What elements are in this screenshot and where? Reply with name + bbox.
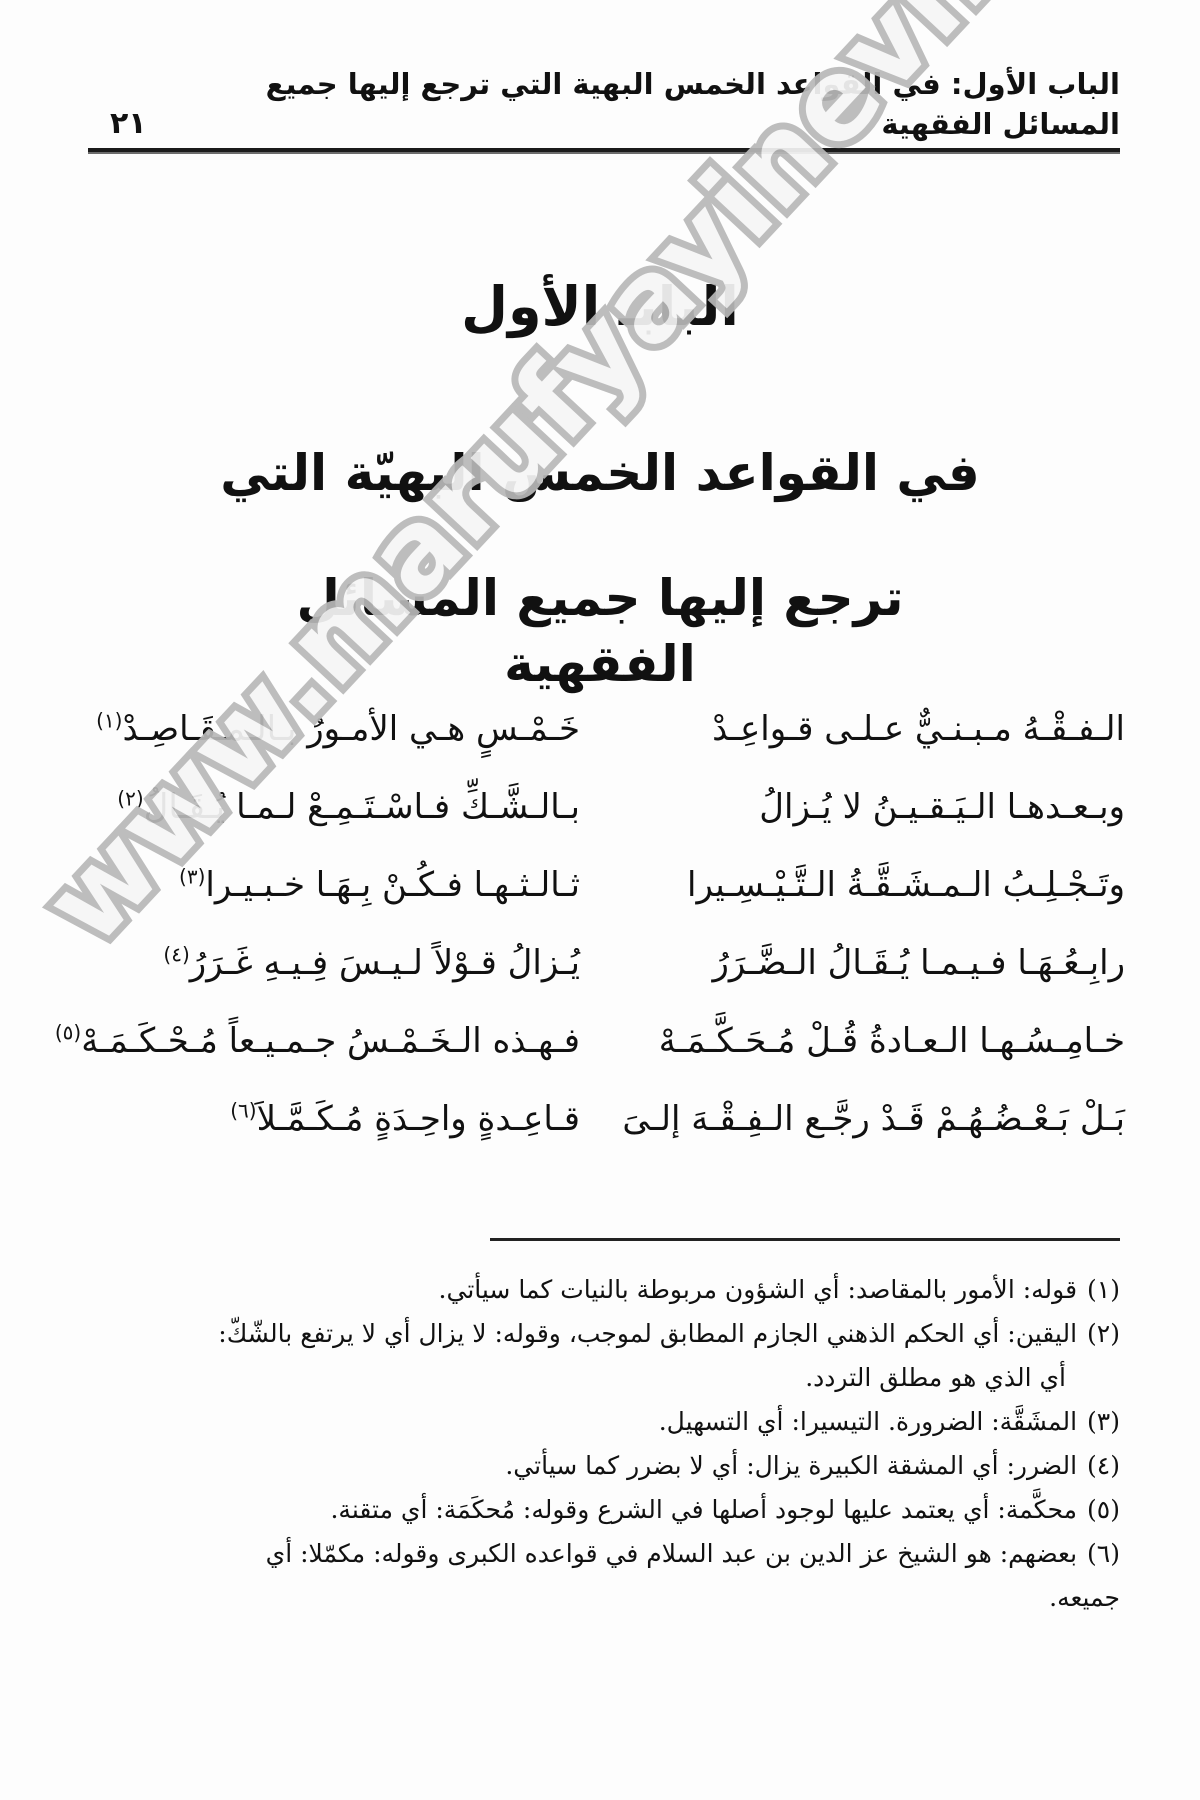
- verse-second-hemistich-text: فـهـذه الـخَـمْـسُ جـمـيـعاً مُـحْـكَـمَ…: [81, 1021, 580, 1061]
- verse-6: بَـلْ بَـعْـضُـهُـمْ قَـدْ رجَّـع الـفِـ…: [80, 1080, 1125, 1158]
- verse-second-hemistich: يُـزالُ قـوْلاً لـيـسَ فِـيـهِ غَـرَرُ(٤…: [80, 939, 580, 987]
- footnote-2: (٢) اليقين: أي الحكم الذهني الجازم المطا…: [84, 1312, 1120, 1356]
- verse-second-hemistich-text: ثـالـثـهـا فـكُـنْ بِـهَـا خـبـيـرا: [205, 865, 580, 905]
- footnote-reference[interactable]: (٤): [163, 943, 189, 967]
- footnote-number: (٦): [1087, 1532, 1120, 1576]
- footnote-6-continuation: جميعه.: [84, 1576, 1120, 1620]
- footnote-text: محكَّمة: أي يعتمد عليها لوجود أصلها في ا…: [84, 1488, 1077, 1532]
- verse-first-hemistich: خـامِـسُـهـا الـعـادةُ قُـلْ مُـحَـكَّـم…: [625, 1017, 1125, 1065]
- verse-5: خـامِـسُـهـا الـعـادةُ قُـلْ مُـحَـكَّـم…: [80, 1002, 1125, 1080]
- footnote-3: (٣) المشَقَّة: الضرورة. التيسيرا: أي الت…: [84, 1400, 1120, 1444]
- footnote-6: (٦) بعضهم: هو الشيخ عز الدين بن عبد السل…: [84, 1532, 1120, 1576]
- verse-second-hemistich: فـهـذه الـخَـمْـسُ جـمـيـعاً مُـحْـكَـمَ…: [80, 1017, 580, 1065]
- footnote-number: (٤): [1087, 1444, 1120, 1488]
- book-page: الباب الأول: في القواعد الخمس البهية الت…: [0, 0, 1200, 1800]
- footnote-text: المشَقَّة: الضرورة. التيسيرا: أي التسهيل…: [84, 1400, 1077, 1444]
- verse-second-hemistich-text: بـالـشَّـكِّ فـاسْـتَـمِـعْ لـمـا يُـقَـ…: [144, 787, 580, 827]
- verse-first-hemistich: الـفـقْـهُ مـبـنـيٌّ عـلـى قـواعِـدْ: [625, 705, 1125, 753]
- verse-second-hemistich-text: خَـمْـسٍ هـي الأمـورُ بـالـمـقَـاصِـدْ: [122, 709, 580, 749]
- footnote-1: (١) قوله: الأمور بالمقاصد: أي الشؤون مرب…: [84, 1268, 1120, 1312]
- footnote-2-continuation: أي الذي هو مطلق التردد.: [84, 1356, 1120, 1400]
- footnote-reference[interactable]: (١): [96, 709, 122, 733]
- verse-3: وتَـجْـلِـبُ الـمـشَـقَّـةُ الـتَّـيْـسِ…: [80, 846, 1125, 924]
- footnote-separator: [490, 1238, 1120, 1241]
- footnote-reference[interactable]: (٥): [55, 1021, 81, 1045]
- chapter-subtitle-line-2: ترجع إليها جميع المسائل الفقهية: [200, 565, 1000, 697]
- footnote-reference[interactable]: (٦): [230, 1099, 256, 1123]
- verse-second-hemistich: بـالـشَّـكِّ فـاسْـتَـمِـعْ لـمـا يُـقَـ…: [80, 783, 580, 831]
- poem-verses: الـفـقْـهُ مـبـنـيٌّ عـلـى قـواعِـدْ خَـ…: [80, 690, 1125, 1158]
- footnote-reference[interactable]: (٢): [117, 787, 143, 811]
- footnotes: (١) قوله: الأمور بالمقاصد: أي الشؤون مرب…: [84, 1268, 1120, 1620]
- verse-second-hemistich-text: قـاعِـدةٍ واحِـدَةٍ مُـكَـمَّـلاَ: [257, 1099, 580, 1139]
- page-number: ٢١: [110, 104, 147, 144]
- verse-first-hemistich: وتَـجْـلِـبُ الـمـشَـقَّـةُ الـتَّـيْـسِ…: [625, 861, 1125, 909]
- footnote-text: قوله: الأمور بالمقاصد: أي الشؤون مربوطة …: [84, 1268, 1077, 1312]
- footnote-text: اليقين: أي الحكم الذهني الجازم المطابق ل…: [84, 1312, 1077, 1356]
- verse-second-hemistich-text: يُـزالُ قـوْلاً لـيـسَ فِـيـهِ غَـرَرُ: [190, 943, 580, 983]
- footnote-4: (٤) الضرر: أي المشقة الكبيرة يزال: أي لا…: [84, 1444, 1120, 1488]
- footnote-5: (٥) محكَّمة: أي يعتمد عليها لوجود أصلها …: [84, 1488, 1120, 1532]
- footnote-number: (٥): [1087, 1488, 1120, 1532]
- verse-first-hemistich: وبـعـدهـا الـيَـقـيـنُ لا يُـزالُ: [625, 783, 1125, 831]
- running-header: الباب الأول: في القواعد الخمس البهية الت…: [88, 98, 1120, 144]
- header-rule: [88, 148, 1120, 154]
- footnote-number: (٢): [1087, 1312, 1120, 1356]
- footnote-number: (١): [1087, 1268, 1120, 1312]
- footnote-text: الضرر: أي المشقة الكبيرة يزال: أي لا بضر…: [84, 1444, 1077, 1488]
- chapter-title: البابـ الأول: [0, 272, 1200, 342]
- footnote-text: بعضهم: هو الشيخ عز الدين بن عبد السلام ف…: [84, 1532, 1077, 1576]
- verse-second-hemistich: قـاعِـدةٍ واحِـدَةٍ مُـكَـمَّـلاَ(٦): [80, 1095, 580, 1143]
- chapter-subtitle-line-1: في القواعد الخمس البهيّة التي: [200, 440, 1000, 506]
- footnote-reference[interactable]: (٣): [179, 865, 205, 889]
- verse-4: رابِـعُـهَـا فـيـمـا يُـقَـالُ الـضَّـرَ…: [80, 924, 1125, 1002]
- verse-2: وبـعـدهـا الـيَـقـيـنُ لا يُـزالُ بـالـش…: [80, 768, 1125, 846]
- verse-first-hemistich: رابِـعُـهَـا فـيـمـا يُـقَـالُ الـضَّـرَ…: [625, 939, 1125, 987]
- footnote-number: (٣): [1087, 1400, 1120, 1444]
- verse-second-hemistich: خَـمْـسٍ هـي الأمـورُ بـالـمـقَـاصِـدْ(١…: [80, 705, 580, 753]
- running-title: الباب الأول: في القواعد الخمس البهية الت…: [147, 64, 1120, 144]
- verse-1: الـفـقْـهُ مـبـنـيٌّ عـلـى قـواعِـدْ خَـ…: [80, 690, 1125, 768]
- verse-second-hemistich: ثـالـثـهـا فـكُـنْ بِـهَـا خـبـيـرا(٣): [80, 861, 580, 909]
- verse-first-hemistich: بَـلْ بَـعْـضُـهُـمْ قَـدْ رجَّـع الـفِـ…: [625, 1095, 1125, 1143]
